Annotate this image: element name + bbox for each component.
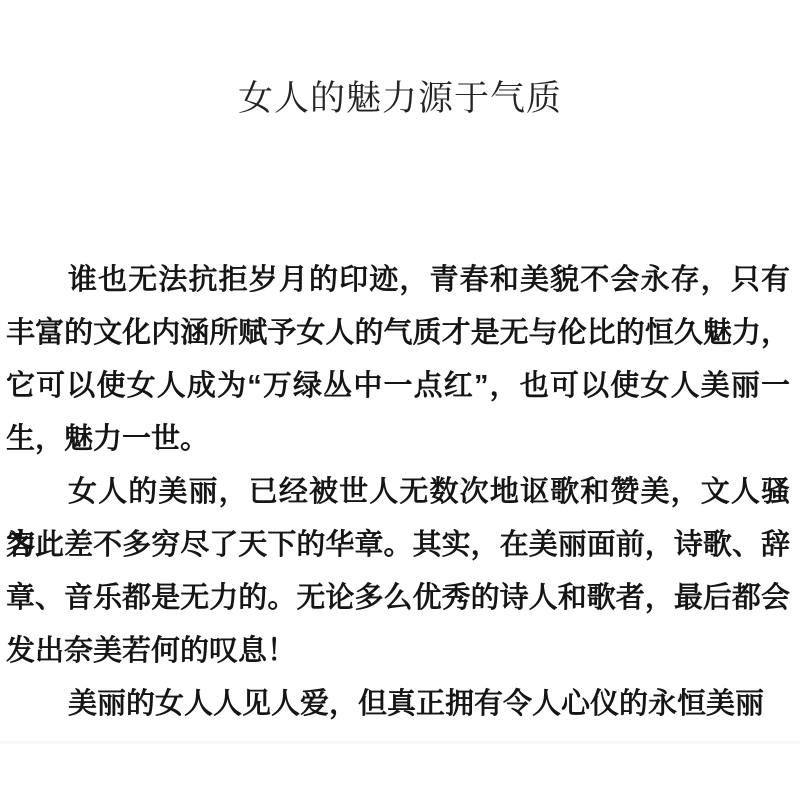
scanned-book-page: 女人的魅力源于气质 谁也无法抗拒岁月的印迹，青春和美貌不会永存，只有 丰富的文化… bbox=[0, 0, 800, 800]
paragraph: 美丽的女人人见人爱，但真正拥有令人心仪的永恒美丽 bbox=[6, 678, 790, 731]
paragraph: 女人的美丽，已经被世人无数次地讴歌和赞美，文人骚客 为此差不多穷尽了天下的华章。… bbox=[6, 466, 790, 678]
text-line: 生，魅力一世。 bbox=[6, 413, 790, 466]
text-line: 它可以使女人成为“万绿丛中一点红”，也可以使女人美丽一 bbox=[6, 360, 790, 413]
article-title: 女人的魅力源于气质 bbox=[0, 0, 800, 120]
text-line: 丰富的文化内涵所赋予女人的气质才是无与伦比的恒久魅力， bbox=[6, 307, 790, 360]
text-line: 章、音乐都是无力的。无论多么优秀的诗人和歌者，最后都会 bbox=[6, 572, 790, 625]
page-bottom-scan-edge bbox=[0, 741, 800, 745]
text-line: 女人的美丽，已经被世人无数次地讴歌和赞美，文人骚客 bbox=[6, 466, 790, 519]
article-body: 谁也无法抗拒岁月的印迹，青春和美貌不会永存，只有 丰富的文化内涵所赋予女人的气质… bbox=[0, 254, 800, 731]
text-line: 谁也无法抗拒岁月的印迹，青春和美貌不会永存，只有 bbox=[6, 254, 790, 307]
text-line: 美丽的女人人见人爱，但真正拥有令人心仪的永恒美丽 bbox=[6, 678, 790, 731]
text-line: 发出奈美若何的叹息！ bbox=[6, 625, 790, 678]
text-line: 为此差不多穷尽了天下的华章。其实，在美丽面前，诗歌、辞 bbox=[6, 519, 790, 572]
paragraph: 谁也无法抗拒岁月的印迹，青春和美貌不会永存，只有 丰富的文化内涵所赋予女人的气质… bbox=[6, 254, 790, 466]
